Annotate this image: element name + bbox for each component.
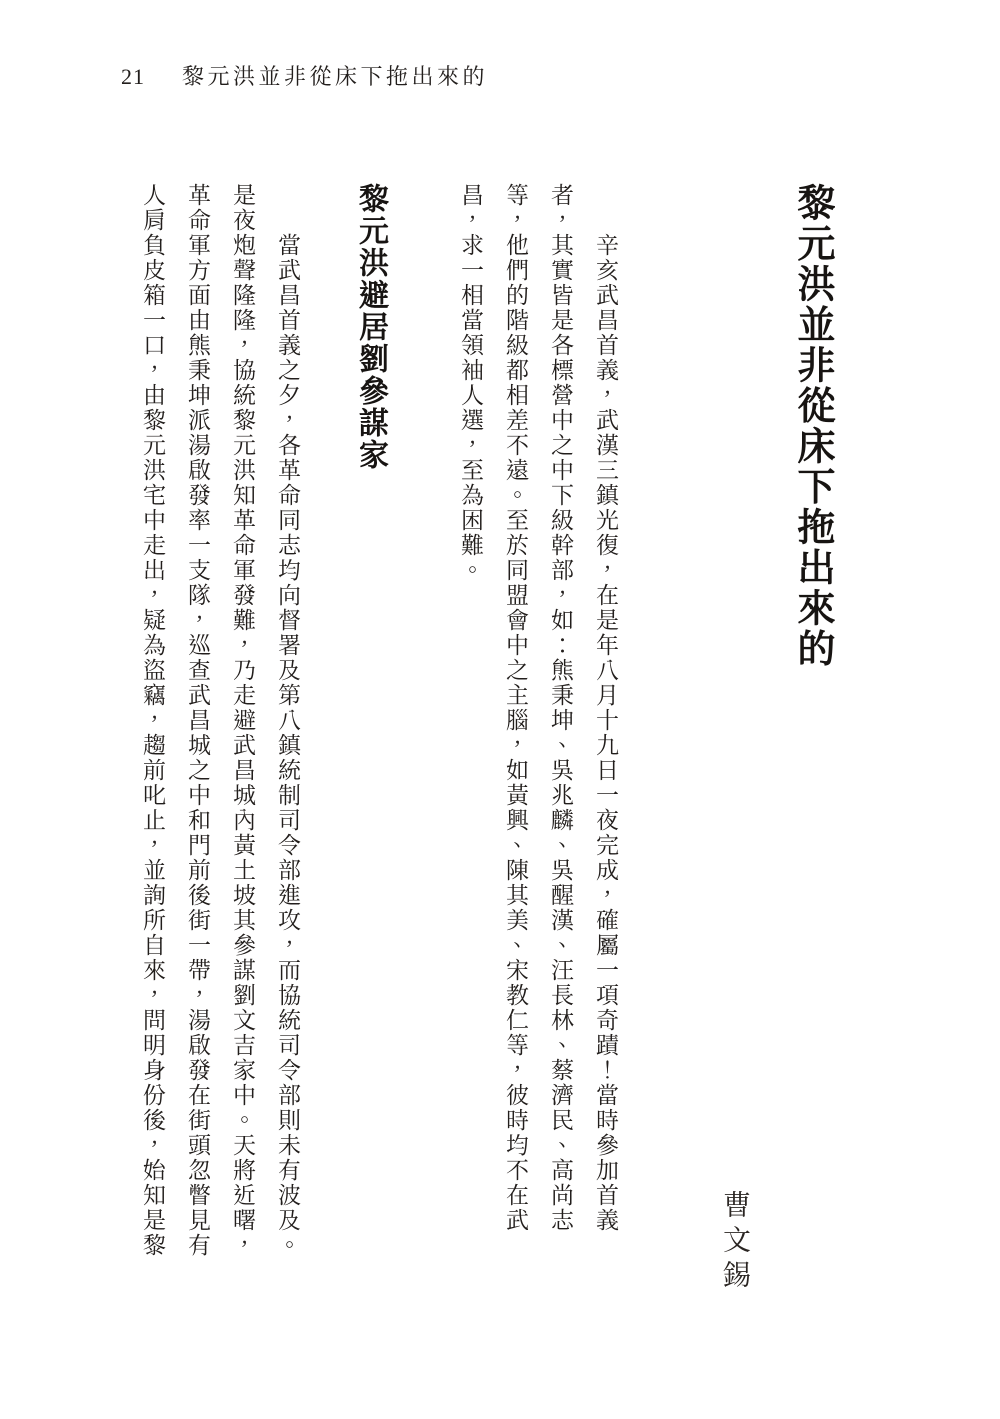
author-name: 曹文錫	[720, 1190, 748, 1295]
running-header: 21 黎元洪並非從床下拖出來的	[121, 64, 488, 90]
section-heading: 黎元洪避居劉參謀家	[352, 183, 388, 1258]
article-body: 黎元洪並非從床下拖出來的 辛亥武昌首義，武漢三鎮光復，在是年八月十九日一夜完成，…	[130, 183, 833, 1258]
section-paragraph: 當武昌首義之夕，各革命同志均向督署及第八鎮統制司令部進攻，而協統司令部則未有波及…	[130, 183, 310, 1258]
article-title: 黎元洪並非從床下拖出來的	[791, 183, 833, 1258]
page-number: 21	[121, 64, 145, 90]
book-page: 21 黎元洪並非從床下拖出來的 黎元洪並非從床下拖出來的 辛亥武昌首義，武漢三鎮…	[0, 0, 1000, 1419]
running-title: 黎元洪並非從床下拖出來的	[182, 64, 488, 90]
intro-paragraph: 辛亥武昌首義，武漢三鎮光復，在是年八月十九日一夜完成，確屬一項奇蹟！當時參加首義…	[448, 183, 628, 1258]
